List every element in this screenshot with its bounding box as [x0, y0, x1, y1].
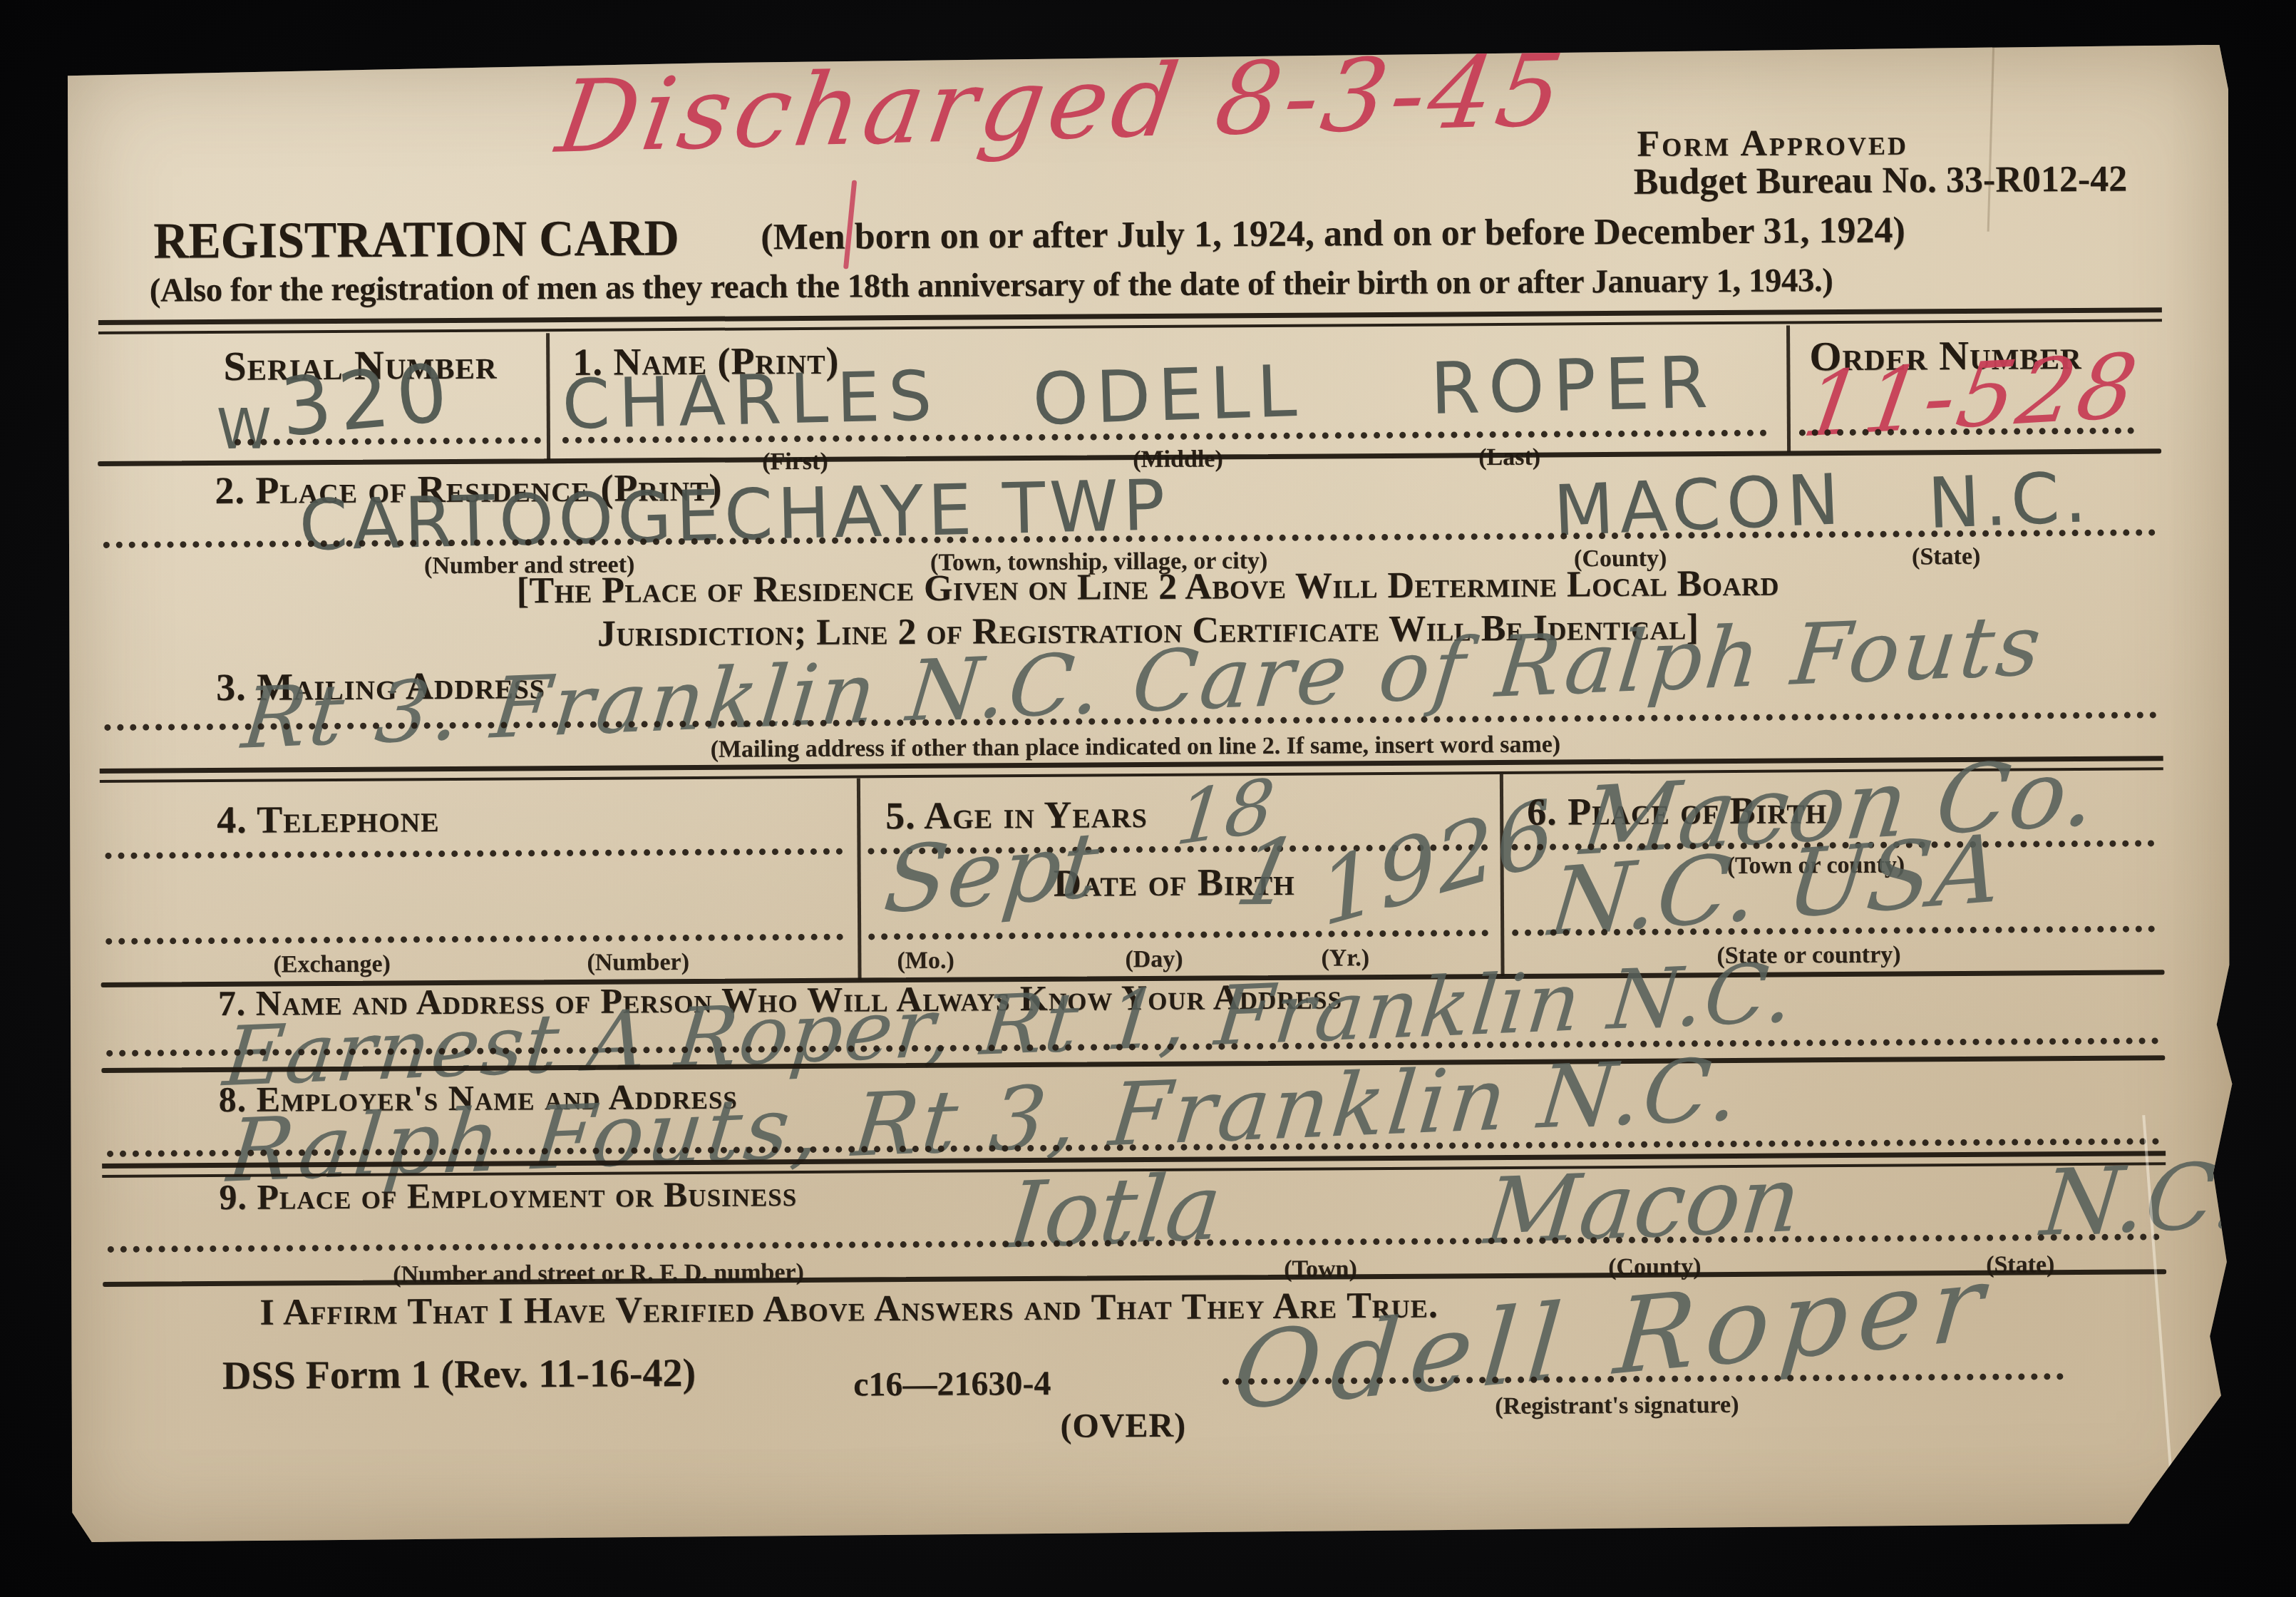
- divider-serial-name: [546, 333, 550, 460]
- name-middle-value: ODELL: [1031, 349, 1305, 441]
- signature-caption: (Registrant's signature): [1495, 1392, 1739, 1420]
- row-residence: 2. Place of Residence (Print) CARTOOGECH…: [63, 455, 2231, 575]
- serial-dotted-line: [235, 437, 541, 446]
- order-number-value: 11-528: [1796, 334, 2146, 457]
- name-first-value: CHARLES: [561, 356, 941, 444]
- name-last-value: ROPER: [1429, 341, 1717, 431]
- stamp-budget-bureau: Budget Bureau No. 33-R012-42: [1634, 158, 2128, 203]
- footer-over-label: (OVER): [1060, 1406, 1186, 1446]
- photo-background: Discharged 8-3-45 Form Approved Budget B…: [0, 0, 2296, 1597]
- dob-dotted-line: [868, 930, 1488, 940]
- registration-card: Discharged 8-3-45 Form Approved Budget B…: [61, 45, 2238, 1543]
- dob-month-value: Sept: [880, 812, 1104, 934]
- mailing-caption: (Mailing address if other than place ind…: [710, 731, 1560, 763]
- employment-town-value: Iotla: [1004, 1154, 1226, 1269]
- row-contact: 7. Name and Address of Person Who Will A…: [67, 966, 2235, 1074]
- employment-county-value: Macon: [1481, 1146, 1805, 1265]
- page-title: REGISTRATION CARD: [153, 208, 679, 271]
- row-serial-name-order: Serial Number W 320 1. Name (Print) CHAR…: [63, 323, 2230, 466]
- divider-tel-age: [857, 778, 862, 980]
- telephone-caption-exchange: (Exchange): [273, 951, 391, 979]
- dob-year-value: 1926: [1314, 780, 1560, 948]
- footer-print-code: c16—21630-4: [853, 1364, 1051, 1405]
- footer-form-number: DSS Form 1 (Rev. 11-16-42): [222, 1350, 696, 1399]
- serial-prefix-value: W: [217, 398, 272, 462]
- discharge-annotation: Discharged 8-3-45: [550, 33, 1574, 176]
- title-note: (Men born on or after July 1, 1924, and …: [761, 210, 1905, 259]
- dob-caption-day: (Day): [1125, 946, 1183, 973]
- employment-label: 9. Place of Employment or Business: [219, 1173, 797, 1218]
- paper-crease: [1987, 46, 1994, 232]
- stamp-form-approved: Form Approved: [1637, 121, 1908, 165]
- dob-caption-mo: (Mo.): [897, 948, 954, 975]
- row-tel-age-birth: 4. Telephone (Exchange) (Number) 5. Age …: [66, 770, 2234, 989]
- telephone-dotted-line-1: [105, 848, 843, 859]
- divider-name-order: [1786, 325, 1791, 452]
- telephone-dotted-line-2: [105, 934, 843, 945]
- telephone-label: 4. Telephone: [217, 796, 440, 842]
- telephone-caption-number: (Number): [587, 949, 689, 977]
